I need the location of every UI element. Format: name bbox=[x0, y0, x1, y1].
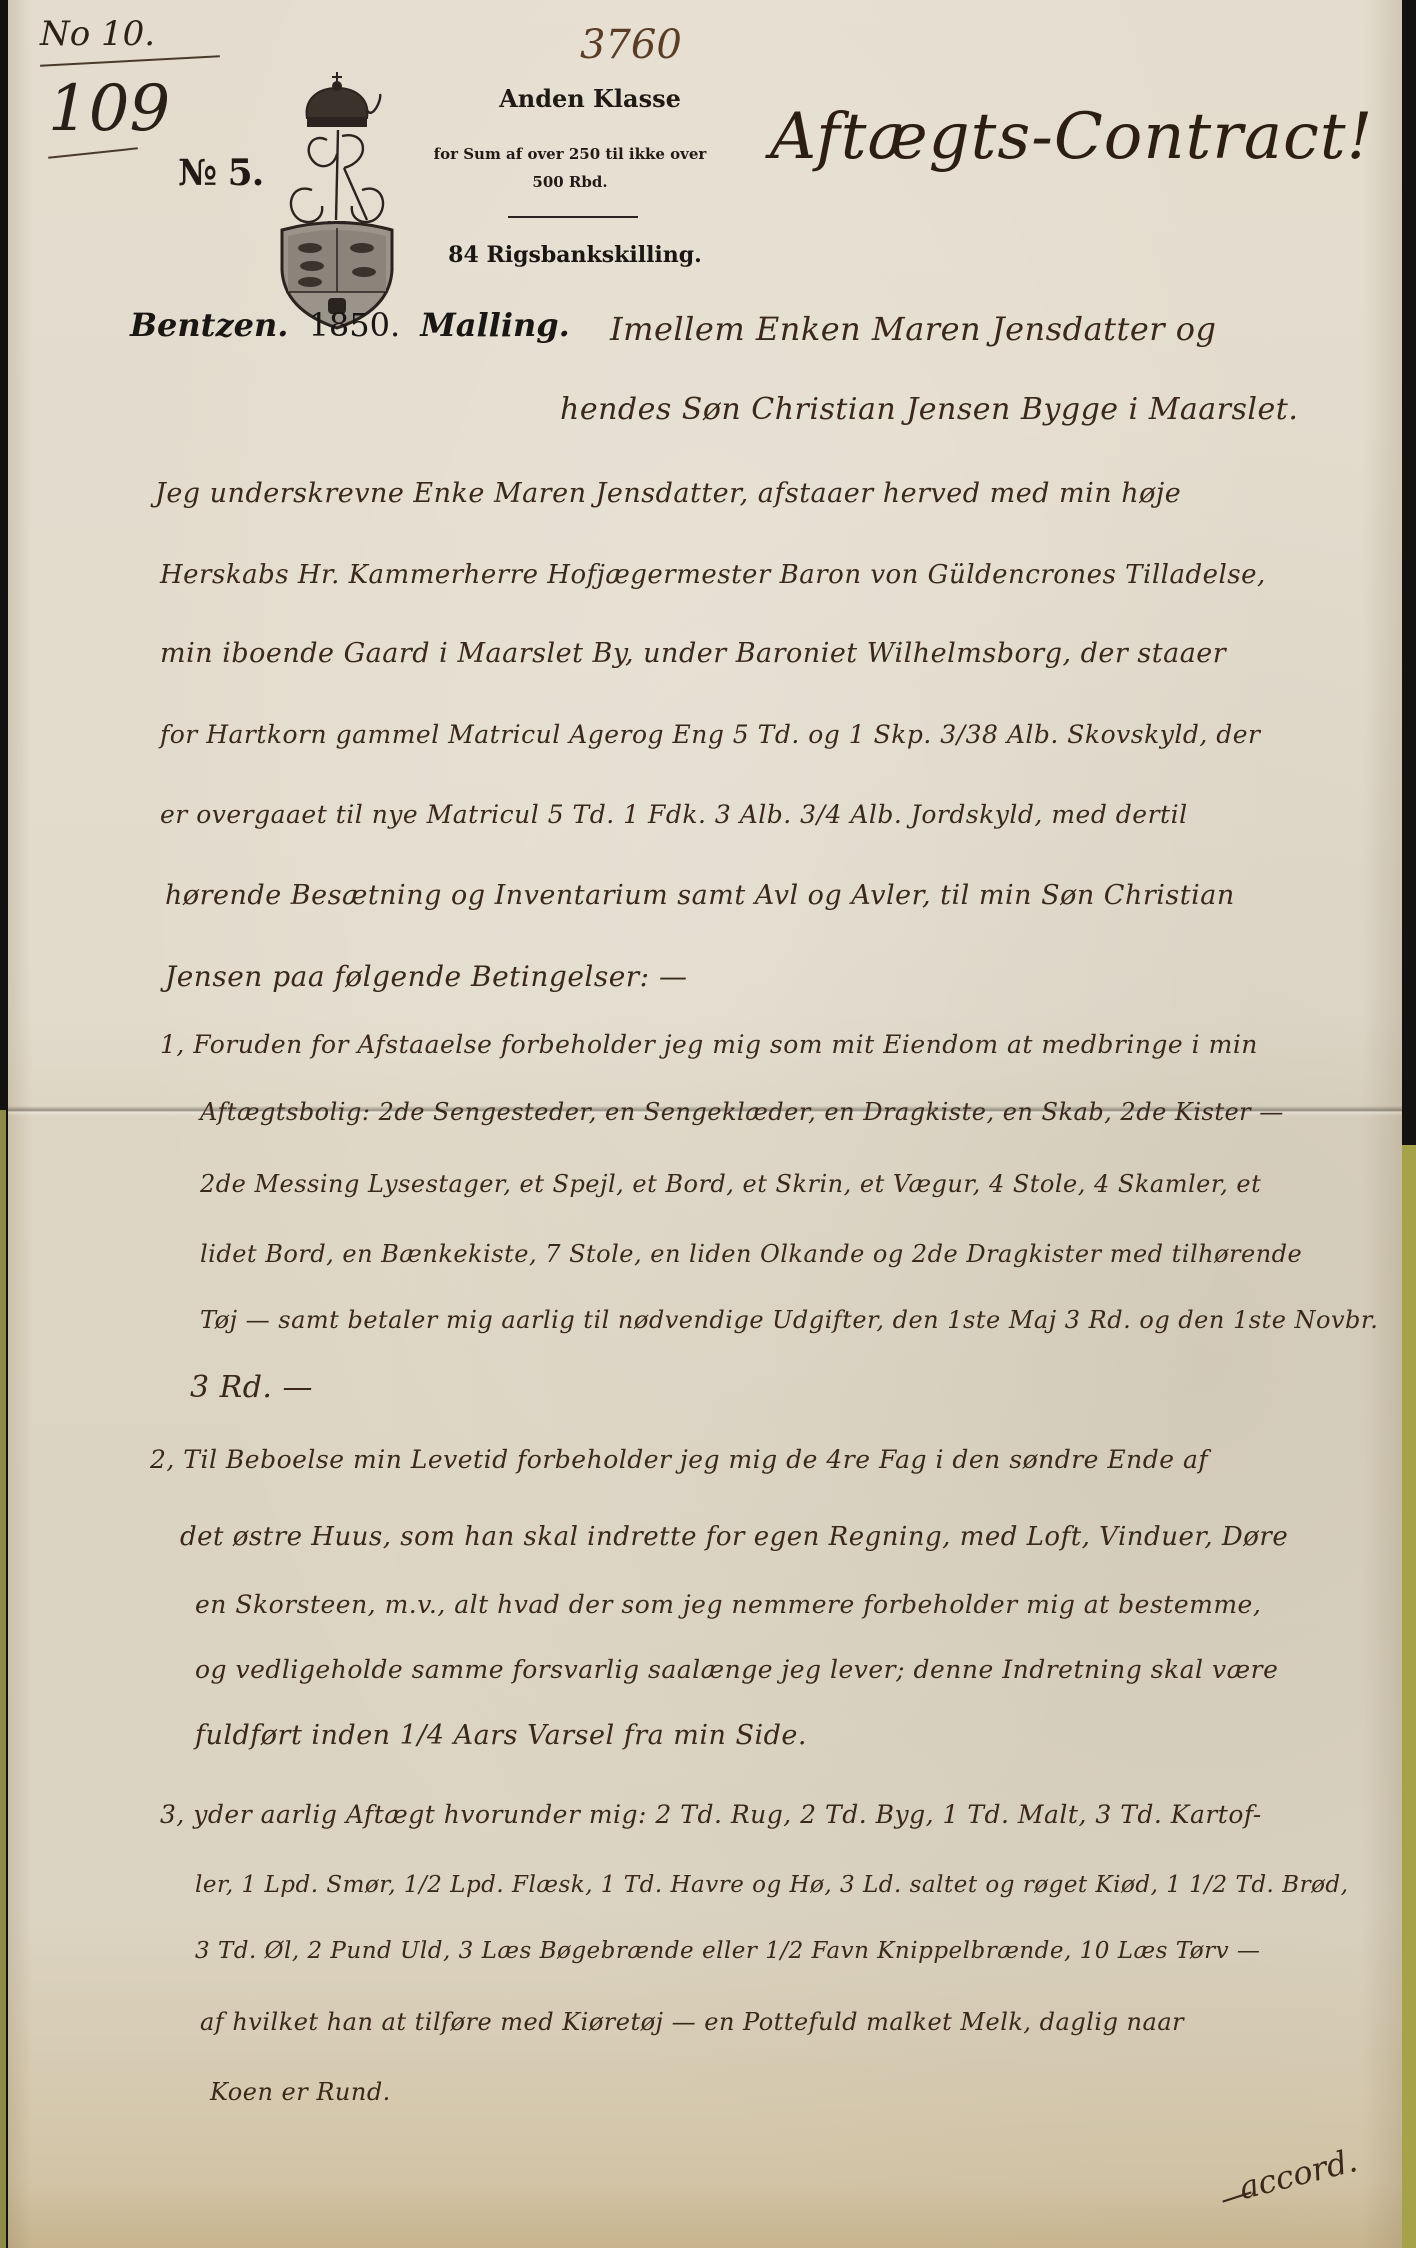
body-line: Imellem Enken Maren Jensdatter og bbox=[610, 310, 1217, 348]
body-line: 2, Til Beboelse min Levetid forbeholder … bbox=[150, 1445, 1208, 1474]
stamp-value-range: for Sum af over 250 til ikke over 500 Rb… bbox=[420, 140, 720, 196]
body-line: Jensen paa følgende Betingelser: — bbox=[165, 960, 688, 993]
stamp-price: 84 Rigsbankskilling. bbox=[440, 242, 710, 268]
stamp-divider bbox=[508, 216, 638, 218]
body-line: 2de Messing Lysestager, et Spejl, et Bor… bbox=[200, 1170, 1261, 1198]
body-line: Tøj — samt betaler mig aarlig til nødven… bbox=[200, 1306, 1378, 1334]
body-line: Koen er Rund. bbox=[210, 2078, 391, 2106]
body-line: en Skorsteen, m.v., alt hvad der som jeg… bbox=[195, 1590, 1261, 1619]
page-left-shadow bbox=[8, 0, 32, 2248]
body-line: fuldført inden 1/4 Aars Varsel fra min S… bbox=[195, 1720, 807, 1751]
royal-crest-icon: VII bbox=[272, 70, 402, 330]
scan-border-left bbox=[0, 1110, 6, 2248]
body-line: for Hartkorn gammel Matricul Agerog Eng … bbox=[160, 720, 1261, 749]
reference-number: 3760 bbox=[580, 22, 682, 68]
body-line: 3, yder aarlig Aftægt hvorunder mig: 2 T… bbox=[160, 1800, 1262, 1829]
printer-name: Malling. bbox=[420, 306, 569, 344]
engraver-name: Bentzen. bbox=[130, 306, 288, 344]
document-title: Aftægts-Contract! bbox=[770, 100, 1373, 174]
body-line: Jeg underskrevne Enke Maren Jensdatter, … bbox=[155, 478, 1181, 509]
body-line: Herskabs Hr. Kammerherre Hofjægermester … bbox=[160, 560, 1266, 590]
stamp-footer: Bentzen. 1850. Malling. bbox=[130, 306, 570, 344]
stamp-class-heading: Anden Klasse bbox=[440, 84, 740, 113]
stamp-year: 1850. bbox=[309, 306, 401, 344]
stamp-number: № 5. bbox=[178, 152, 263, 194]
body-line: lidet Bord, en Bænkekiste, 7 Stole, en l… bbox=[200, 1240, 1302, 1268]
body-line: hendes Søn Christian Jensen Bygge i Maar… bbox=[560, 392, 1298, 427]
stamp-range-line2: 500 Rbd. bbox=[420, 168, 720, 196]
body-line: 3 Td. Øl, 2 Pund Uld, 3 Læs Bøgebrænde e… bbox=[195, 1938, 1260, 1964]
body-line: det østre Huus, som han skal indrette fo… bbox=[180, 1522, 1288, 1552]
page-edge-shadow bbox=[1362, 0, 1402, 2248]
body-line: Aftægtsbolig: 2de Sengesteder, en Sengek… bbox=[200, 1098, 1284, 1126]
body-line: hørende Besætning og Inventarium samt Av… bbox=[165, 880, 1235, 911]
body-line: ler, 1 Lpd. Smør, 1/2 Lpd. Flæsk, 1 Td. … bbox=[195, 1872, 1348, 1898]
scan-border-right bbox=[1402, 1145, 1416, 2248]
body-line: 1, Foruden for Afstaaelse forbeholder je… bbox=[160, 1030, 1258, 1059]
body-line: og vedligeholde samme forsvarlig saalæng… bbox=[195, 1655, 1278, 1684]
body-line: af hvilket han at tilføre med Kiøretøj —… bbox=[200, 2008, 1184, 2036]
body-line: min iboende Gaard i Maarslet By, under B… bbox=[160, 638, 1226, 669]
body-line: er overgaaet til nye Matricul 5 Td. 1 Fd… bbox=[160, 800, 1188, 829]
stamp-range-line1: for Sum af over 250 til ikke over bbox=[420, 140, 720, 168]
archive-number: No 10. bbox=[40, 14, 155, 54]
folio-number: 109 bbox=[48, 72, 170, 146]
body-line: 3 Rd. — bbox=[190, 1370, 313, 1405]
